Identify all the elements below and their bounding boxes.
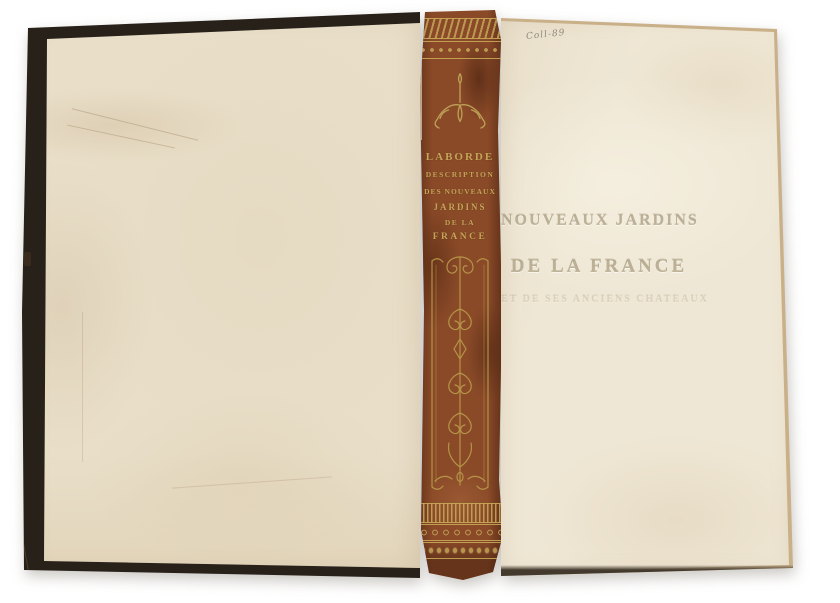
spine-title-line: JARDINS [417, 202, 503, 212]
spine-title-line: FRANCE [417, 232, 503, 242]
spine-title-line: DESCRIPTION [417, 170, 503, 179]
gilt-band-circles [419, 524, 501, 541]
front-cover-board-edge [501, 565, 793, 576]
spine-title-line: DES NOUVEAUX [417, 187, 503, 196]
gilt-band-top [419, 18, 501, 39]
paper-crease [82, 312, 83, 462]
embossed-title-line: ET DE SES ANCIENS CHATEAUX [501, 294, 697, 305]
back-cover [22, 12, 420, 578]
tie-remnant [24, 252, 31, 266]
embossed-title-line: DE LA FRANCE [501, 256, 697, 278]
embossed-title-line: NOUVEAUX JARDINS [501, 212, 697, 230]
paper-crease [72, 108, 198, 140]
back-cover-paper [22, 12, 420, 578]
paper-crease [67, 125, 175, 149]
book: LABORDE DESCRIPTION DES NOUVEAUX JARDINS… [0, 0, 840, 603]
gilt-band-comb [419, 503, 501, 523]
gilt-arabesque-panel [423, 253, 497, 495]
front-cover: NOUVEAUX JARDINS DE LA FRANCE ET DE SES … [501, 16, 793, 576]
paper-crease [172, 476, 332, 488]
pencil-inscription: Coll-89 [526, 28, 566, 42]
gilt-crest-ornament [428, 68, 492, 148]
gilt-band-scroll [419, 41, 501, 59]
book-photo: LABORDE DESCRIPTION DES NOUVEAUX JARDINS… [0, 0, 840, 603]
front-cover-paper: NOUVEAUX JARDINS DE LA FRANCE ET DE SES … [501, 16, 793, 576]
spine-title-line: LABORDE [417, 151, 503, 163]
spine-title-line: DE LA [417, 218, 503, 227]
gilt-band-foliate [419, 542, 501, 559]
spine: LABORDE DESCRIPTION DES NOUVEAUX JARDINS… [417, 10, 503, 580]
